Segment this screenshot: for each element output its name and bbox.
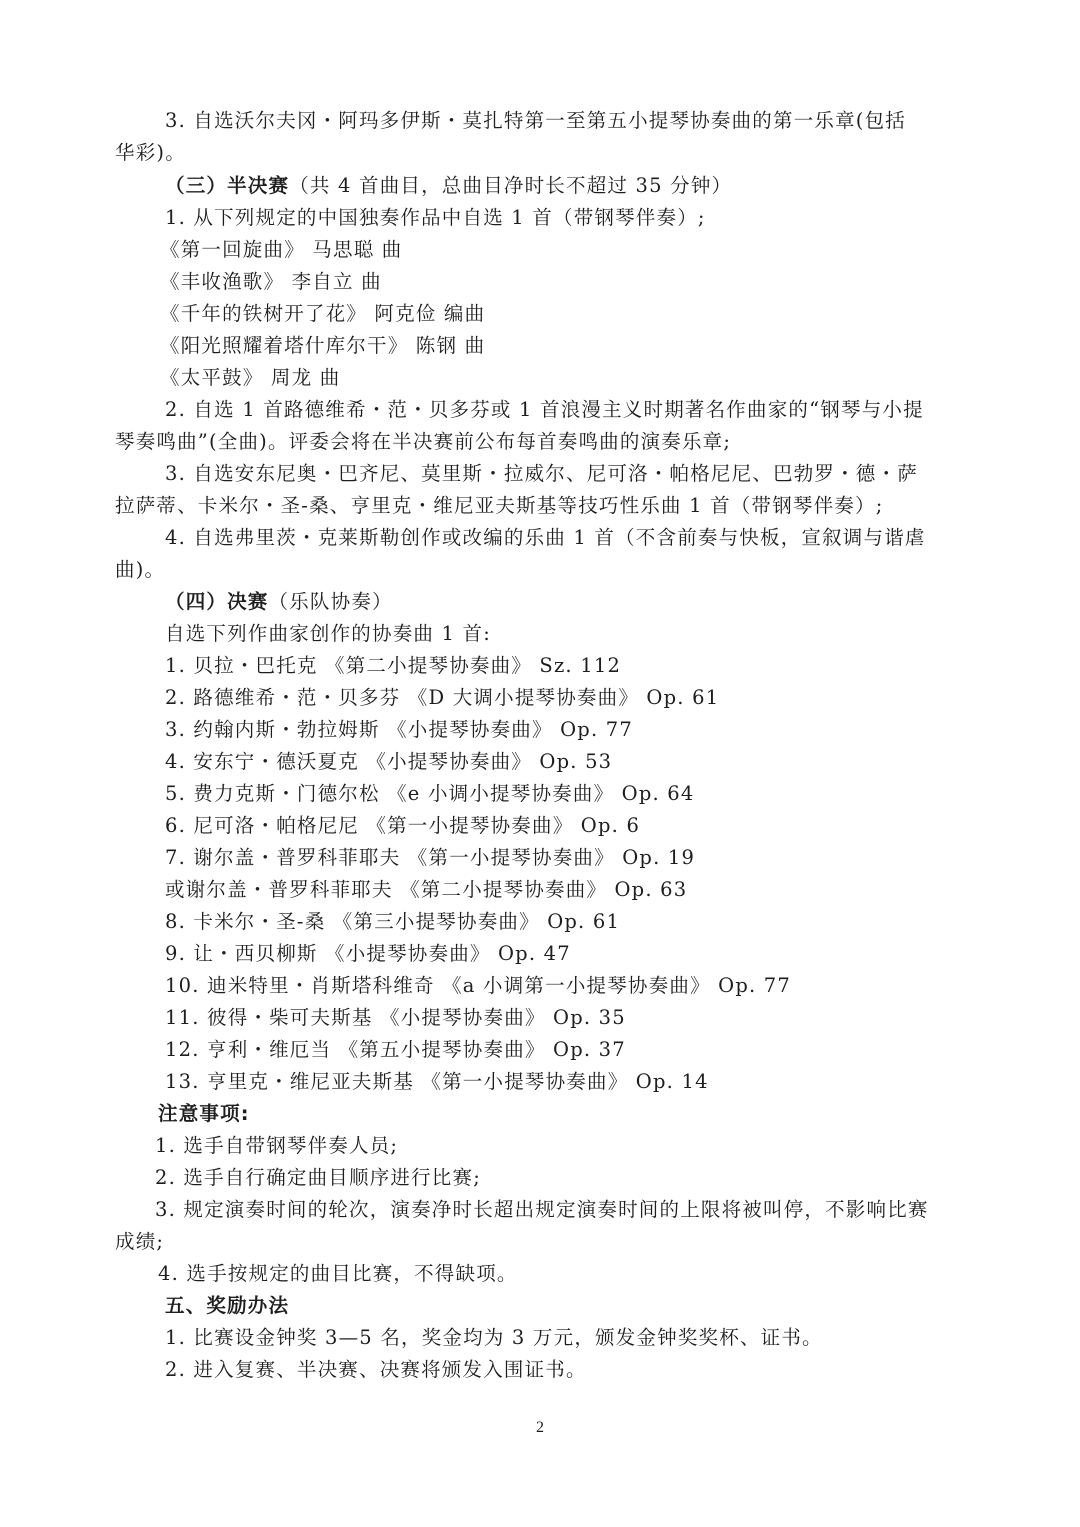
concerto-item: 12. 亨利・维厄当 《第五小提琴协奏曲》 Op. 37: [165, 1036, 626, 1064]
note-item: 3. 规定演奏时间的轮次，演奏净时长超出规定演奏时间的上限将被叫停，不影响比赛: [155, 1196, 929, 1224]
concerto-item: 7. 谢尔盖・普罗科菲耶夫 《第一小提琴协奏曲》 Op. 19: [165, 844, 695, 872]
text-line: 琴奏鸣曲”(全曲)。评委会将在半决赛前公布每首奏鸣曲的演奏乐章;: [115, 428, 731, 456]
section-heading-semifinal: （三）半决赛（共 4 首曲目，总曲目净时长不超过 35 分钟）: [165, 172, 732, 200]
concerto-item: 3. 约翰内斯・勃拉姆斯 《小提琴协奏曲》 Op. 77: [165, 716, 633, 744]
award-item: 1. 比赛设金钟奖 3—5 名，奖金均为 3 万元，颁发金钟奖奖杯、证书。: [165, 1324, 823, 1352]
section-heading-final: （四）决赛（乐队协奏）: [165, 588, 393, 616]
note-item: 2. 选手自行确定曲目顺序进行比赛;: [155, 1164, 481, 1192]
text-line: 拉萨蒂、卡米尔・圣-桑、亨里克・维尼亚夫斯基等技巧性乐曲 1 首（带钢琴伴奏）;: [115, 492, 883, 520]
concerto-item: 5. 费力克斯・门德尔松 《e 小调小提琴协奏曲》 Op. 64: [165, 780, 695, 808]
page-number: 2: [0, 1418, 1080, 1438]
text-line: 4. 自选弗里茨・克莱斯勒创作或改编的乐曲 1 首（不含前奏与快板，宣叙调与谐虐: [165, 524, 926, 552]
note-item: 4. 选手按规定的曲目比赛，不得缺项。: [158, 1260, 518, 1288]
notes-heading: 注意事项:: [158, 1100, 250, 1128]
heading-label: （三）半决赛: [165, 174, 289, 197]
text-line: 《千年的铁树开了花》 阿克俭 编曲: [160, 300, 485, 328]
text-line: 《阳光照耀着塔什库尔干》 陈钢 曲: [160, 332, 485, 360]
heading-note: （乐队协奏）: [269, 590, 393, 613]
concerto-item: 1. 贝拉・巴托克 《第二小提琴协奏曲》 Sz. 112: [165, 652, 621, 680]
concerto-item: 6. 尼可洛・帕格尼尼 《第一小提琴协奏曲》 Op. 6: [165, 812, 640, 840]
concerto-item: 或谢尔盖・普罗科菲耶夫 《第二小提琴协奏曲》 Op. 63: [165, 876, 687, 904]
note-item: 1. 选手自带钢琴伴奏人员;: [155, 1132, 398, 1160]
text-line: 自选下列作曲家创作的协奏曲 1 首:: [165, 620, 491, 648]
awards-heading: 五、奖励办法: [165, 1292, 289, 1320]
heading-note: （共 4 首曲目，总曲目净时长不超过 35 分钟）: [289, 174, 732, 197]
concerto-item: 4. 安东宁・德沃夏克 《小提琴协奏曲》 Op. 53: [165, 748, 612, 776]
heading-label: （四）决赛: [165, 590, 269, 613]
concerto-item: 2. 路德维希・范・贝多芬 《D 大调小提琴协奏曲》 Op. 61: [165, 684, 719, 712]
award-item: 2. 进入复赛、半决赛、决赛将颁发入围证书。: [165, 1356, 587, 1384]
text-line: 《丰收渔歌》 李自立 曲: [160, 268, 382, 296]
text-line: 3. 自选沃尔夫冈・阿玛多伊斯・莫扎特第一至第五小提琴协奏曲的第一乐章(包括: [165, 107, 906, 135]
concerto-item: 11. 彼得・柴可夫斯基 《小提琴协奏曲》 Op. 35: [165, 1004, 626, 1032]
text-line: 《第一回旋曲》 马思聪 曲: [160, 236, 403, 264]
concerto-item: 8. 卡米尔・圣-桑 《第三小提琴协奏曲》 Op. 61: [165, 908, 620, 936]
concerto-item: 9. 让・西贝柳斯 《小提琴协奏曲》 Op. 47: [165, 940, 571, 968]
text-line: 曲)。: [115, 556, 165, 584]
text-line: 3. 自选安东尼奥・巴齐尼、莫里斯・拉威尔、尼可洛・帕格尼尼、巴勃罗・德・萨: [165, 460, 918, 488]
text-line: 《太平鼓》 周龙 曲: [160, 364, 340, 392]
concerto-item: 10. 迪米特里・肖斯塔科维奇 《a 小调第一小提琴协奏曲》 Op. 77: [165, 972, 791, 1000]
text-line: 2. 自选 1 首路德维希・范・贝多芬或 1 首浪漫主义时期著名作曲家的“钢琴与…: [165, 396, 924, 424]
text-line: 成绩;: [115, 1228, 164, 1256]
concerto-item: 13. 亨里克・维尼亚夫斯基 《第一小提琴协奏曲》 Op. 14: [165, 1068, 709, 1096]
document-page: 3. 自选沃尔夫冈・阿玛多伊斯・莫扎特第一至第五小提琴协奏曲的第一乐章(包括 华…: [0, 0, 1080, 1527]
text-line: 华彩)。: [115, 139, 186, 167]
text-line: 1. 从下列规定的中国独奏作品中自选 1 首（带钢琴伴奏）;: [165, 204, 706, 232]
